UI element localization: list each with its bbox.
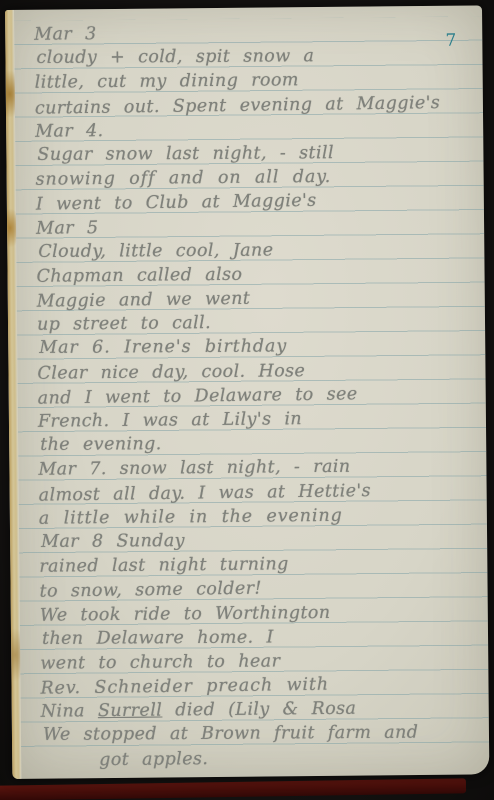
handwriting-line: the evening. [40,430,484,457]
handwriting-line: Mar 6. Irene's birthday [39,334,483,361]
diary-page: 7 Mar 3cloudy + cold, spit snow alittle,… [5,5,489,779]
handwriting-line: Mar 8 Sunday [41,527,485,554]
handwriting-lines: Mar 3cloudy + cold, spit snow alittle, c… [34,18,485,772]
handwriting-line: Cloudy, little cool, Jane [38,237,482,264]
handwriting-line: Mar 5 [36,212,480,240]
handwriting-line: Sugar snow last night, - still [37,140,481,167]
handwriting-line: Mar 3 [34,18,478,46]
photo-backdrop: 7 Mar 3cloudy + cold, spit snow alittle,… [0,0,494,800]
handwriting-line: We stopped at Brown fruit farm and [43,721,487,748]
underlined-word: Surrell [98,701,163,722]
handwriting-line: then Delaware home. I [42,624,486,651]
handwriting-line: got apples. [41,744,485,772]
handwriting-line: cloudy + cold, spit snow a [36,43,480,70]
book-cover-strip [0,778,466,800]
handwriting-line: We took ride to Worthington [40,599,484,627]
